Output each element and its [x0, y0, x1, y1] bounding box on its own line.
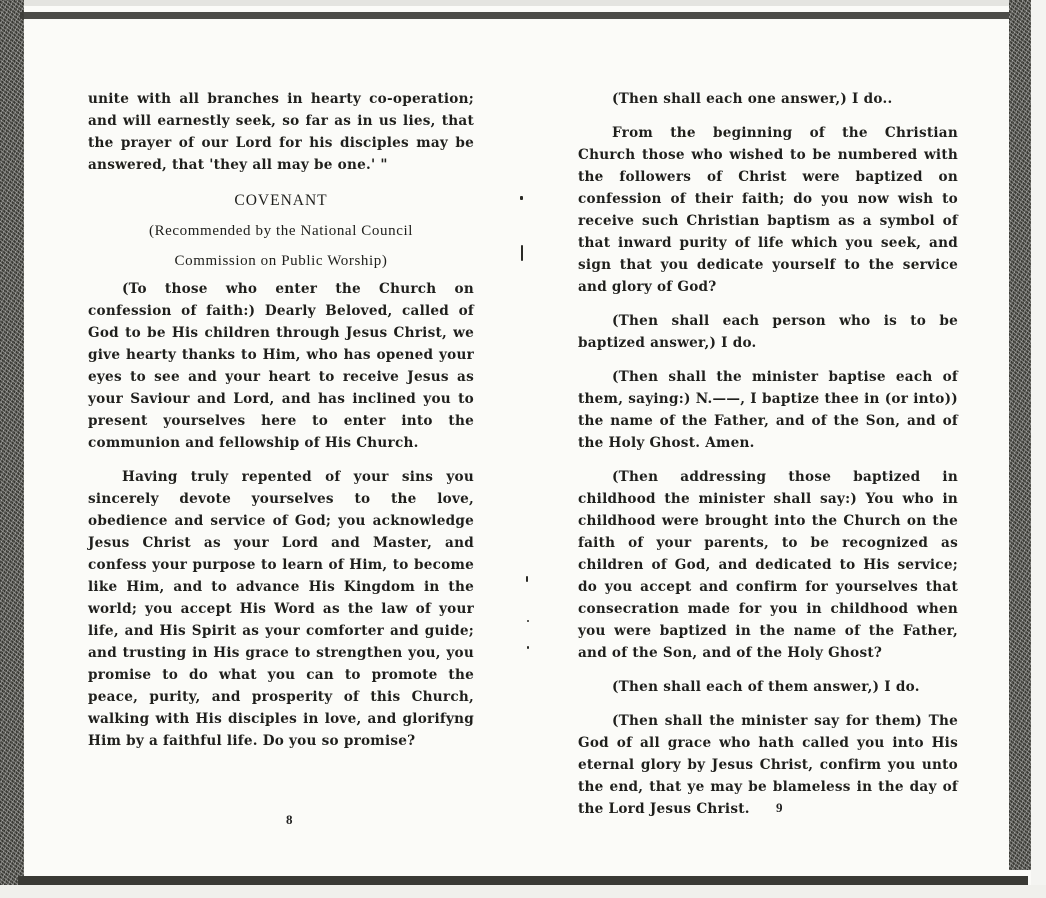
scan-edge-top	[0, 0, 1046, 6]
paragraph: From the beginning of the Christian Chur…	[578, 122, 958, 298]
paragraph: (Then shall the minister say for them) T…	[578, 710, 958, 820]
paragraph: Having truly repented of your sins you s…	[88, 466, 474, 752]
scan-border-top	[20, 12, 1028, 19]
scan-edge-right	[1031, 0, 1046, 898]
paragraph: unite with all branches in hearty co-ope…	[88, 88, 474, 176]
paragraph: (Then shall the minister baptise each of…	[578, 366, 958, 454]
scanned-booklet-spread: unite with all branches in hearty co-ope…	[0, 0, 1046, 898]
page-number-left: 8	[286, 812, 293, 828]
page-number-right: 9	[776, 800, 783, 816]
paragraph: (Then shall each person who is to be bap…	[578, 310, 958, 354]
scan-edge-bottom	[0, 885, 1046, 898]
gutter-speck	[527, 646, 529, 649]
paragraph: (Then shall each one answer,) I do..	[578, 88, 958, 110]
gutter-speck	[526, 576, 528, 582]
paragraph: (Then shall each of them answer,) I do.	[578, 676, 958, 698]
paragraph: (Then addressing those baptized in child…	[578, 466, 958, 664]
gutter-speck	[521, 245, 523, 261]
left-page: unite with all branches in hearty co-ope…	[88, 88, 474, 752]
covenant-subheading-line2: Commission on Public Worship)	[88, 248, 474, 274]
covenant-subheading-line1: (Recommended by the National Council	[88, 218, 474, 244]
scan-border-bottom	[18, 876, 1028, 885]
scan-border-left	[0, 0, 24, 898]
gutter-speck	[520, 196, 523, 200]
paragraph: (To those who enter the Church on confes…	[88, 278, 474, 454]
gutter-speck	[527, 620, 529, 622]
right-page: (Then shall each one answer,) I do.. Fro…	[578, 88, 958, 820]
covenant-heading: COVENANT	[88, 190, 474, 212]
scan-border-right	[1009, 0, 1031, 870]
